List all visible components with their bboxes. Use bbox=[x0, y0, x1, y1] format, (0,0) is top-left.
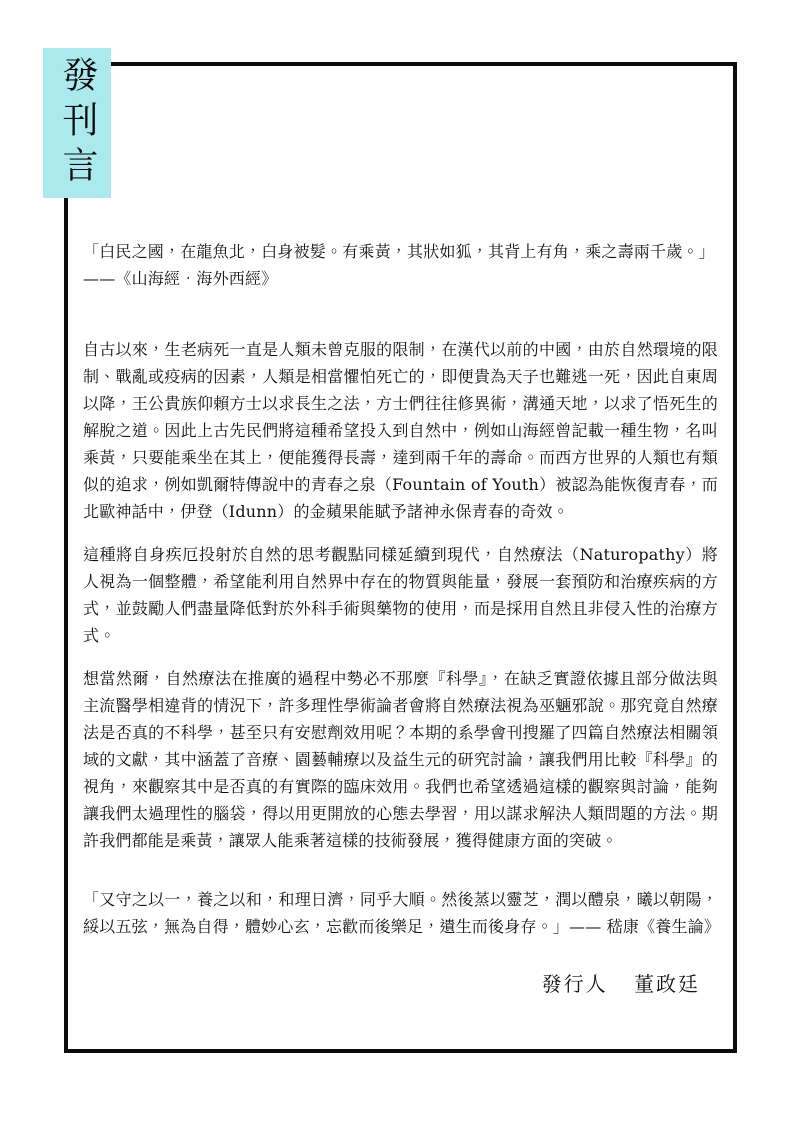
section-title-box: 發刊言 bbox=[43, 48, 111, 198]
publisher-name: 董政廷 bbox=[634, 972, 700, 996]
paragraph-naturopathy: 這種將自身疾厄投射於自然的思考觀點同樣延續到現代，自然療法（Naturopath… bbox=[83, 541, 718, 649]
closing-quote: 「又守之以一，養之以和，和理日濟，同乎大順。然後蒸以靈芝，潤以醴泉，曦以朝陽，綏… bbox=[83, 886, 718, 940]
publisher-signature: 發行人 董政廷 bbox=[542, 968, 700, 997]
foreword-page: 「白民之國，在龍魚北，白身被髮。有乘黃，其狀如狐，其背上有角，乘之壽兩千歲。」 … bbox=[0, 0, 800, 1131]
paragraph-history: 自古以來，生老病死一直是人類未曾克服的限制，在漢代以前的中國，由於自然環境的限制… bbox=[83, 336, 718, 525]
opening-quote-source: ——《山海經．海外西經》 bbox=[83, 265, 718, 292]
opening-quote-text: 「白民之國，在龍魚北，白身被髮。有乘黃，其狀如狐，其背上有角，乘之壽兩千歲。」 bbox=[83, 238, 718, 265]
publisher-role: 發行人 bbox=[542, 972, 608, 996]
content-frame-border: 「白民之國，在龍魚北，白身被髮。有乘黃，其狀如狐，其背上有角，乘之壽兩千歲。」 … bbox=[64, 62, 737, 1053]
opening-quote: 「白民之國，在龍魚北，白身被髮。有乘黃，其狀如狐，其背上有角，乘之壽兩千歲。」 … bbox=[83, 238, 718, 292]
content-area: 「白民之國，在龍魚北，白身被髮。有乘黃，其狀如狐，其背上有角，乘之壽兩千歲。」 … bbox=[68, 66, 733, 940]
section-title: 發刊言 bbox=[59, 56, 95, 191]
paragraph-discussion: 想當然爾，自然療法在推廣的過程中勢必不那麼『科學』，在缺乏實證依據且部分做法與主… bbox=[83, 665, 718, 854]
